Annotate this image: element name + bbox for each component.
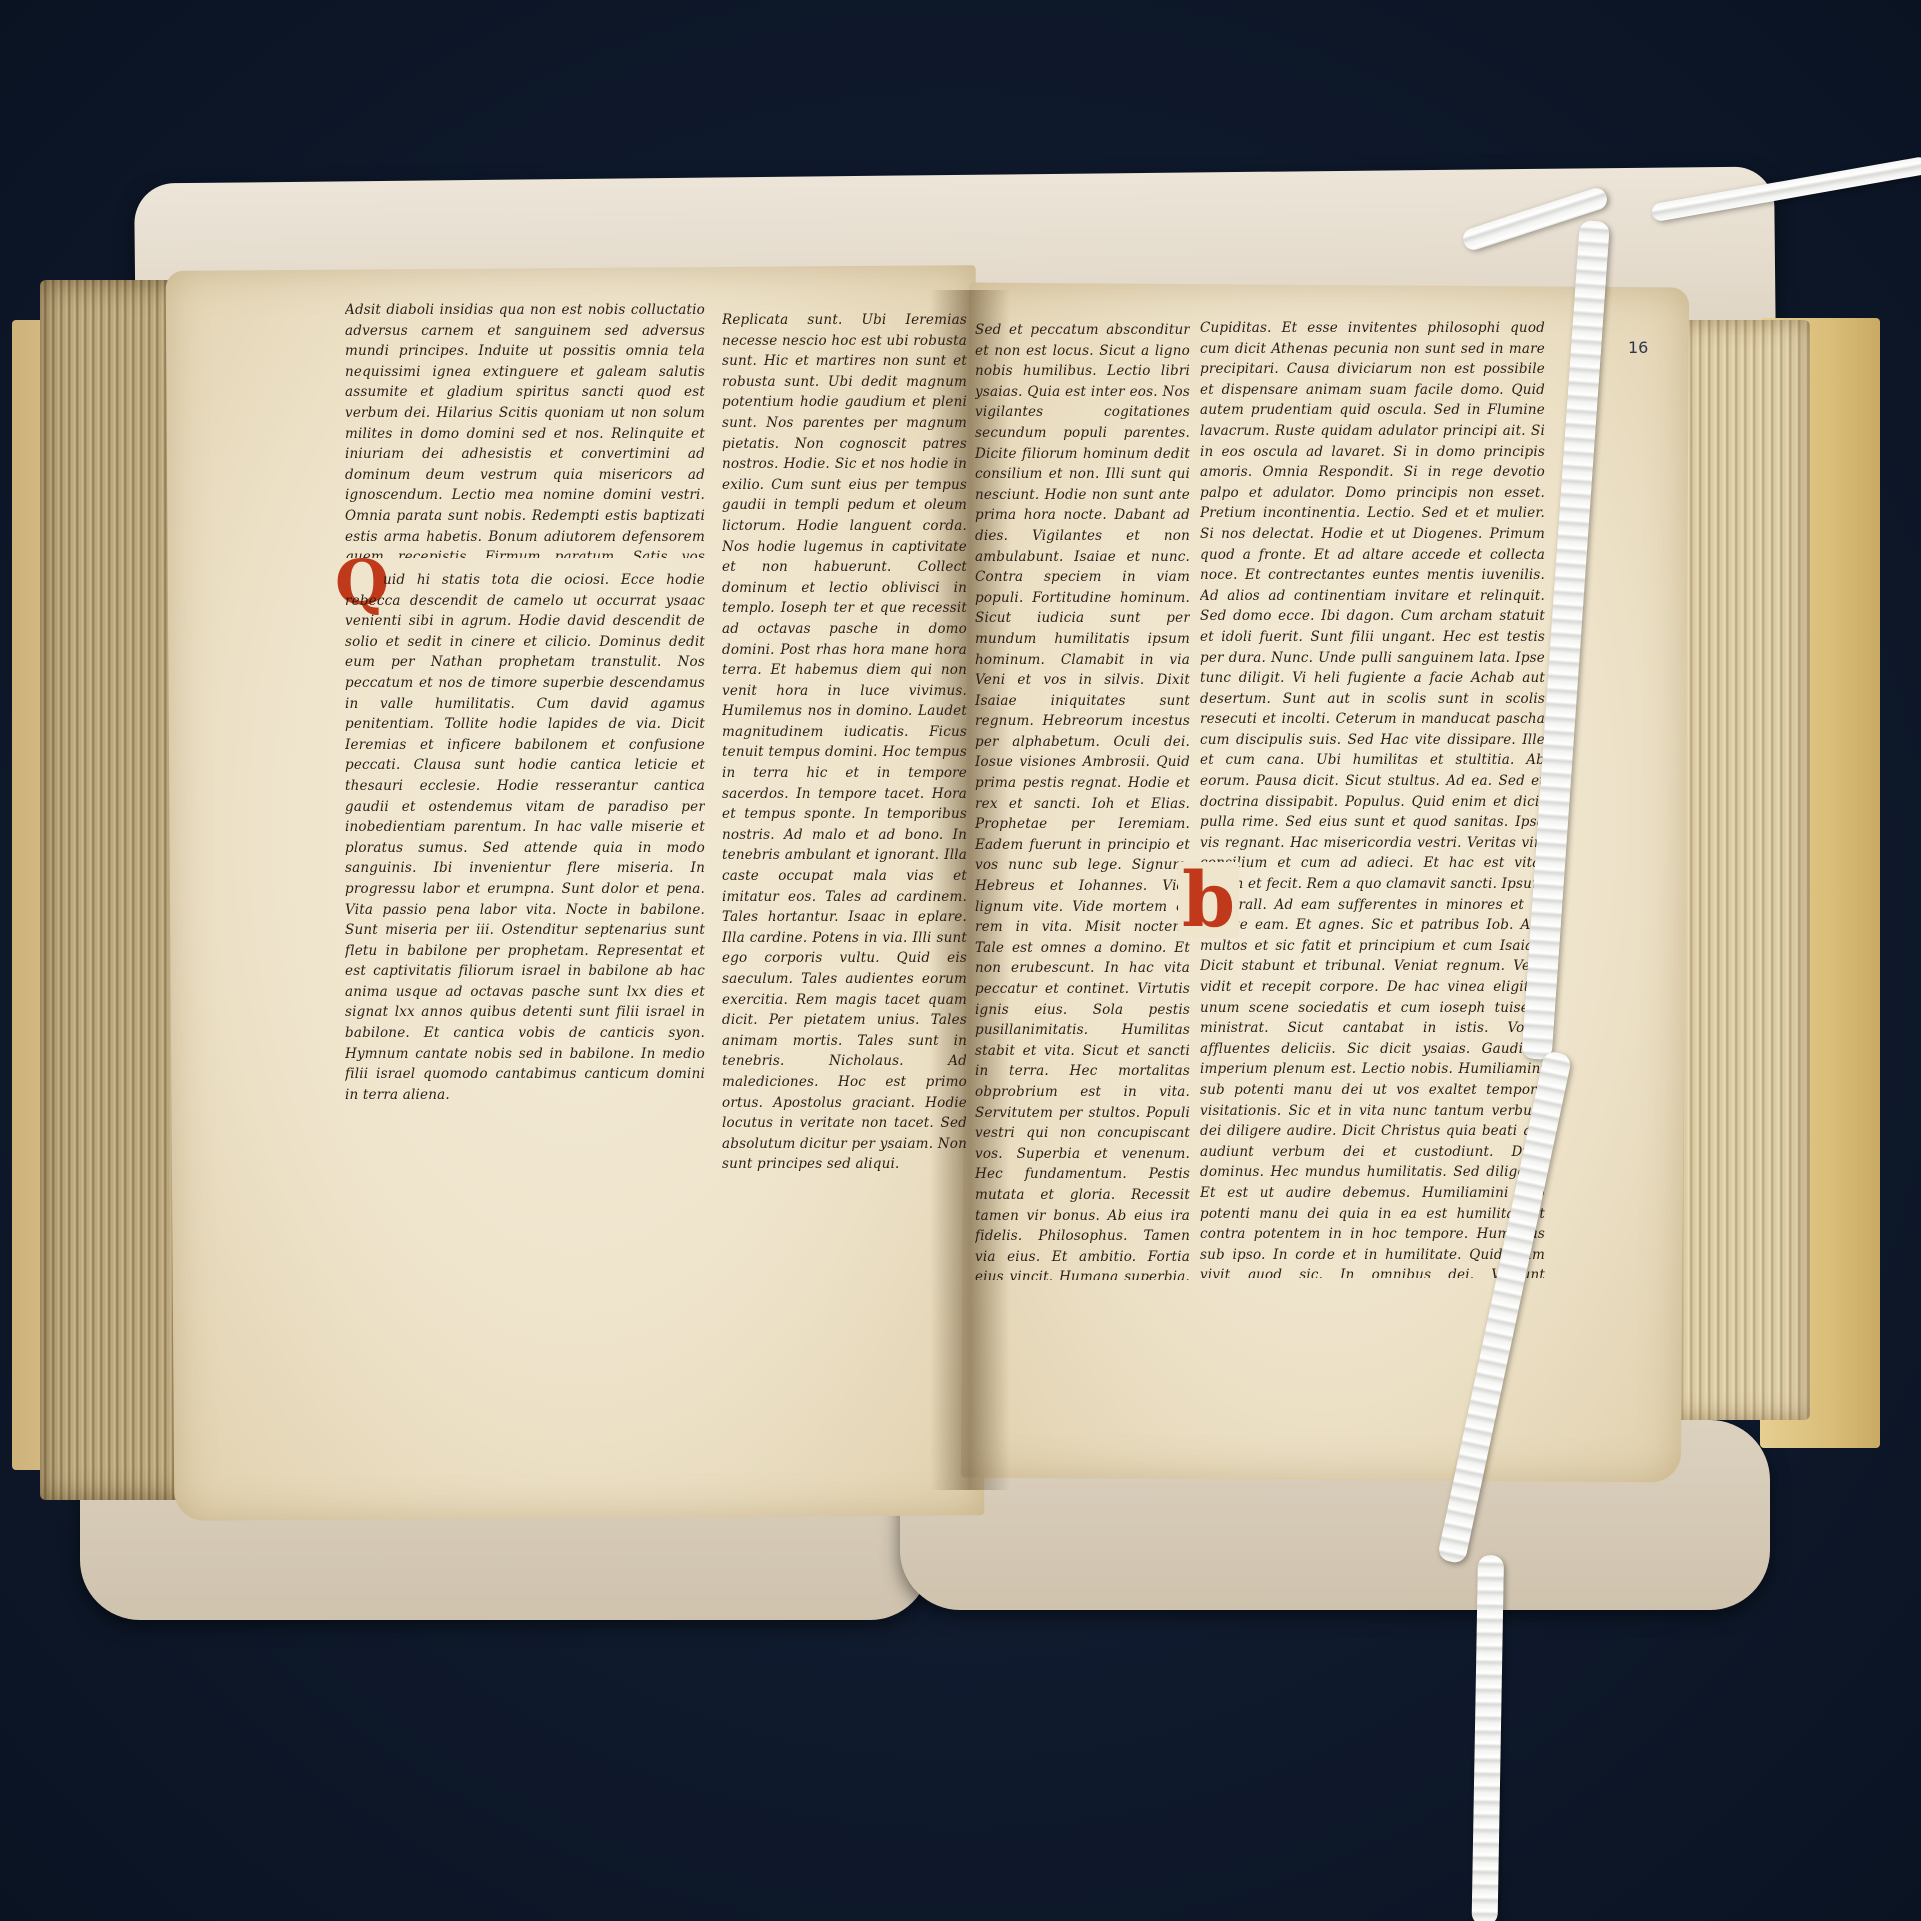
left-page-column-1: Adsit diaboli insidias qua non est nobis… — [345, 300, 705, 558]
right-page-column-1: Sed et peccatum absconditur et non est l… — [975, 320, 1190, 1280]
snake-weight-cord-end — [1472, 1555, 1504, 1921]
folio-number: 16 — [1628, 338, 1648, 357]
column-text: Replicata sunt. Ubi Ieremias necesse nes… — [722, 310, 967, 1175]
column-text: Sed et peccatum absconditur et non est l… — [975, 320, 1190, 1280]
left-page-column-1-rubric-section: uid hi statis tota die ociosi. Ecce hodi… — [345, 570, 705, 1290]
rubricated-initial-h: b — [1178, 862, 1239, 938]
column-text: uid hi statis tota die ociosi. Ecce hodi… — [345, 570, 705, 1105]
right-page-column-2: Cupiditas. Et esse invitentes philosophi… — [1200, 318, 1545, 1278]
column-text: Adsit diaboli insidias qua non est nobis… — [345, 300, 705, 558]
column-text: Cupiditas. Et esse invitentes philosophi… — [1200, 318, 1545, 1278]
left-page-column-2: Replicata sunt. Ubi Ieremias necesse nes… — [722, 310, 967, 1280]
